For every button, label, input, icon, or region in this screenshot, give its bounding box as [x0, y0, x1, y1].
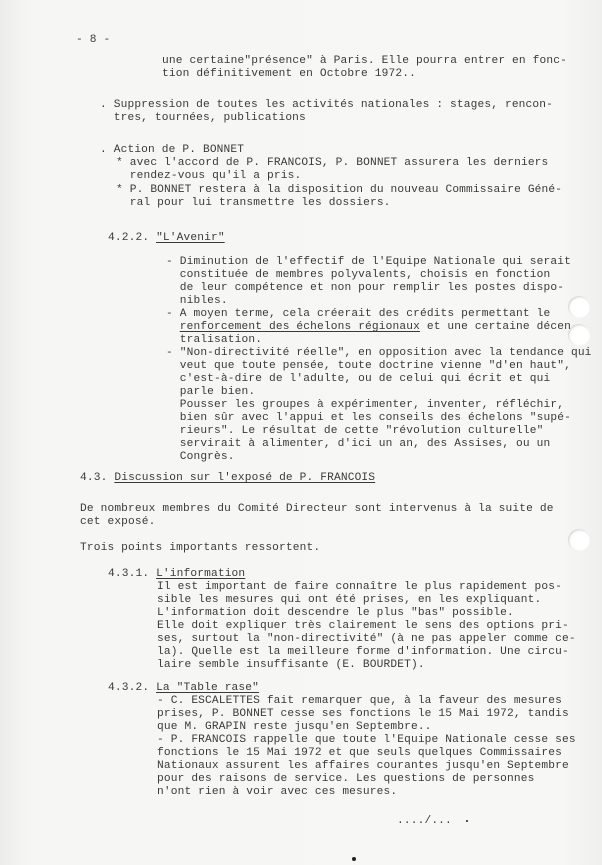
- section-432-title: La "Table rase": [156, 682, 259, 694]
- section-422-line-4: nibles.: [166, 295, 228, 308]
- intro-line-1: une certaine"présence" à Paris. Elle pou…: [162, 55, 567, 68]
- ink-speck: [466, 820, 468, 822]
- section-43-number: 4.3.: [80, 472, 107, 484]
- section-43-heading: 4.3. Discussion sur l'exposé de P. FRANC…: [80, 472, 375, 485]
- punch-hole: [568, 529, 590, 551]
- section-422-line-14: rieurs". Le résultat de cette "révolutio…: [166, 425, 544, 438]
- section-422-line-9: veut que toute pensée, toute doctrine vi…: [166, 360, 571, 373]
- section-432-line-4: - P. FRANCOIS rappelle que toute l'Equip…: [157, 734, 576, 747]
- section-431-line-5: ses, surtout la "non-directivité" (à ne …: [157, 633, 576, 646]
- section-422-number: 4.2.2.: [108, 232, 149, 244]
- section-432-line-8: n'ont rien à voir avec ces mesures.: [157, 786, 397, 799]
- section-422-heading: 4.2.2. "L'Avenir": [108, 232, 225, 245]
- section-431-number: 4.3.1.: [108, 568, 149, 580]
- section-43-para1-line-2: cet exposé.: [80, 516, 156, 529]
- punch-hole: [568, 324, 590, 346]
- section-432-line-6: Nationaux assurent les affaires courante…: [157, 760, 569, 773]
- suppression-line-2: tres, tournées, publications: [100, 112, 306, 125]
- section-422-line-11: parle bien.: [166, 386, 255, 399]
- action-line-2: rendez-vous qu'il a pris.: [116, 170, 301, 183]
- ink-speck: [352, 857, 356, 861]
- punch-hole: [568, 296, 590, 318]
- section-431-line-6: la). Quelle est la meilleure forme d'inf…: [157, 646, 569, 659]
- section-422-line-8: - "Non-directivité réelle", en oppositio…: [166, 347, 592, 360]
- intro-line-2: tion définitivement en Octobre 1972..: [162, 68, 416, 81]
- section-432-heading: 4.3.2. La "Table rase": [108, 682, 259, 695]
- section-422-title: "L'Avenir": [156, 232, 225, 244]
- section-431-line-4: Elle doit expliquer très clairement le s…: [157, 620, 569, 633]
- section-422-line-7: tralisation.: [166, 334, 262, 347]
- section-422-line-1: - Diminution de l'effectif de l'Equipe N…: [166, 256, 571, 269]
- underlined-phrase: renforcement des échelons régionaux: [180, 321, 420, 333]
- section-422-line-5: - A moyen terme, cela créerait des crédi…: [166, 308, 550, 321]
- section-432-number: 4.3.2.: [108, 682, 149, 694]
- section-422-line-12: Pousser les groupes à expérimenter, inve…: [166, 399, 564, 412]
- section-431-line-3: L'information doit descendre le plus "ba…: [157, 607, 514, 620]
- section-431-line-7: laire semble insuffisante (E. BOURDET).: [157, 659, 425, 672]
- section-422-line-15: servirait à alimenter, d'ici un an, des …: [166, 438, 550, 451]
- section-422-line-13: bien sûr avec l'appui et les conseils de…: [166, 412, 571, 425]
- page-number: - 8 -: [76, 34, 110, 47]
- section-43-title: Discussion sur l'exposé de P. FRANCOIS: [114, 472, 375, 484]
- section-432-line-2: prises, P. BONNET cesse ses fonctions le…: [157, 708, 569, 721]
- action-line-1: * avec l'accord de P. FRANCOIS, P. BONNE…: [116, 157, 548, 170]
- continuation-mark: ..../...: [397, 815, 452, 828]
- suppression-line-1: . Suppression de toutes les activités na…: [100, 99, 553, 112]
- section-431-line-1: Il est important de faire connaître le p…: [157, 581, 562, 594]
- section-432-line-7: pour des raisons de service. Les questio…: [157, 773, 535, 786]
- section-422-line-6: renforcement des échelons régionaux et u…: [166, 321, 578, 334]
- action-line-4: ral pour lui transmettre les dossiers.: [116, 197, 391, 210]
- section-422-line-3: de leur compétence et non pour remplir l…: [166, 282, 564, 295]
- section-431-line-2: sible les mesures qui ont été prises, en…: [157, 594, 541, 607]
- section-43-para2: Trois points importants ressortent.: [80, 542, 320, 555]
- section-422-line-16: Congrès.: [166, 451, 235, 464]
- section-43-para1-line-1: De nombreux membres du Comité Directeur …: [80, 503, 554, 516]
- after-underline: et une certaine décen-: [420, 321, 578, 333]
- section-422-line-10: c'est-à-dire de l'adulte, ou de celui qu…: [166, 373, 550, 386]
- section-422-line-2: constituée de membres polyvalents, chois…: [166, 269, 550, 282]
- document-page: - 8 - une certaine"présence" à Paris. El…: [0, 0, 602, 865]
- section-431-heading: 4.3.1. L'information: [108, 568, 245, 581]
- section-431-title: L'information: [156, 568, 245, 580]
- section-432-line-1: - C. ESCALETTES fait remarquer que, à la…: [157, 695, 562, 708]
- action-title: . Action de P. BONNET: [100, 144, 244, 157]
- section-432-line-5: fonctions le 15 Mai 1972 et que seuls qu…: [157, 747, 562, 760]
- section-432-line-3: que M. GRAPIN reste jusqu'en Septembre..: [157, 721, 432, 734]
- action-line-3: * P. BONNET restera à la disposition du …: [116, 184, 562, 197]
